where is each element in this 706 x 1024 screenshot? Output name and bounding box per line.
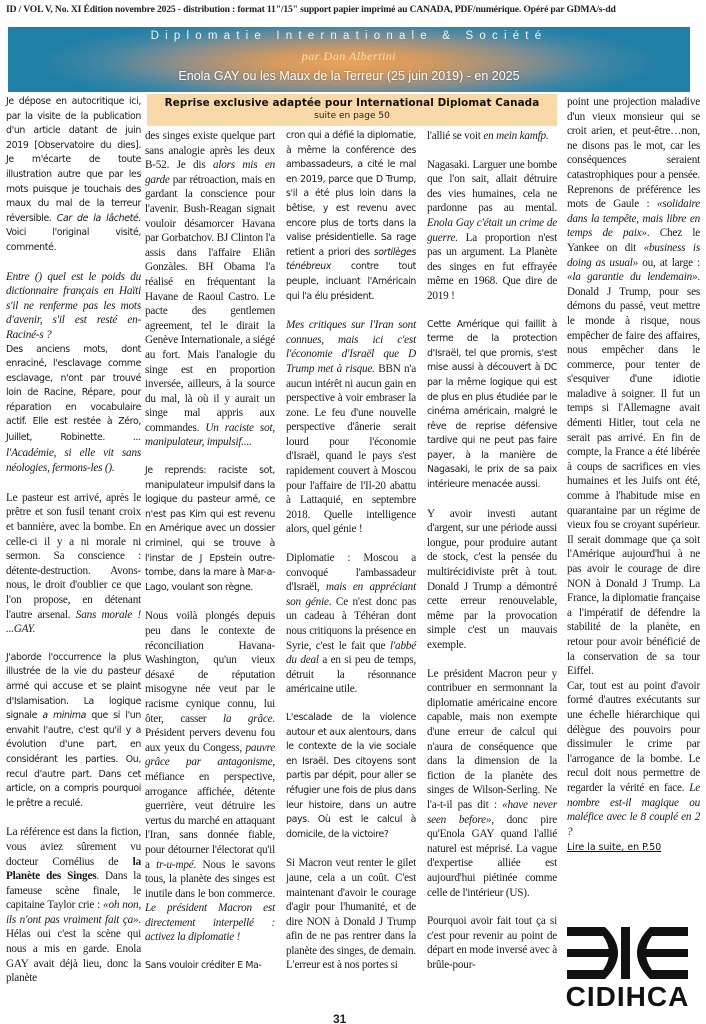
paragraph: Si Macron veut renter le gilet jaune, ce… [286, 856, 416, 973]
paragraph: point une projection maladive d'un vieux… [567, 95, 700, 679]
paragraph: l'allié se voit en mein kamfp. [427, 129, 557, 144]
paragraph: J'aborde l'occurrence la plus illustrée … [6, 651, 141, 812]
header-banner: Diplomatie Internationale & Société par … [8, 27, 690, 92]
article-title: Enola GAY ou les Maux de la Terreur (25 … [8, 69, 690, 83]
paragraph: La référence est dans la fiction, vous a… [6, 825, 141, 986]
paragraph: L'escalade de la violence autour et aux … [286, 711, 416, 842]
reprise-suite: suite en page 50 [147, 111, 557, 121]
paragraph: Cette Amérique qui faillit à terme de la… [427, 318, 557, 493]
article-column-1: Je dépose en autocritique ici, par la vi… [6, 95, 141, 1000]
paragraph: cron qui a défié la diplomatie, à même l… [286, 129, 416, 304]
paragraph: Entre () quel est le poids du dictionnai… [6, 270, 141, 477]
paragraph: Diplomatie : Moscou a convoqué l'ambassa… [286, 551, 416, 697]
edition-line: ID / VOL V, No. XI Édition novembre 2025… [6, 4, 706, 20]
logo-text: CIDIHCA [565, 981, 690, 1013]
cidihca-logo: CIDIHCA [565, 925, 690, 1015]
paragraph: Le pasteur est arrivé, après le prêtre e… [6, 491, 141, 637]
read-more-link[interactable]: Lire la suite, en P.50 [567, 842, 661, 853]
paragraph: Nous voilà plongés depuis peu dans le co… [145, 609, 275, 945]
paragraph: Nagasaki. Larguer une bombe que l'on sai… [427, 158, 557, 304]
banner-author: par Dan Albertini [8, 49, 690, 65]
paragraph: Y avoir investi autant d'argent, sur une… [427, 507, 557, 653]
article-column-2: des singes existe quelque part sans anal… [145, 129, 275, 988]
article-column-5: point une projection maladive d'un vieux… [567, 95, 700, 856]
cidihca-logo-icon [565, 925, 690, 981]
paragraph: Pourquoi avoir fait tout ça si c'est pou… [427, 914, 557, 972]
paragraph: Sans vouloir créditer E Ma- [145, 959, 275, 974]
reprise-box: Reprise exclusive adaptée pour Internati… [147, 94, 557, 126]
reprise-title: Reprise exclusive adaptée pour Internati… [147, 97, 557, 109]
paragraph: Mes critiques sur l'Iran sont connues, m… [286, 318, 416, 537]
paragraph: Je dépose en autocritique ici, par la vi… [6, 95, 141, 256]
paragraph: Le président Macron peur y contribuer en… [427, 667, 557, 901]
banner-title: Diplomatie Internationale & Société [8, 30, 690, 46]
article-column-3: cron qui a défié la diplomatie, à même l… [286, 129, 416, 987]
paragraph: des singes existe quelque part sans anal… [145, 129, 275, 450]
article-column-4: l'allié se voit en mein kamfp. Nagasaki.… [427, 129, 557, 986]
paragraph: Je reprends: raciste sot, manipulateur i… [145, 464, 275, 595]
page-number: 31 [333, 1012, 346, 1024]
paragraph: Car, tout est au point d'avoir formé d'a… [567, 679, 700, 840]
